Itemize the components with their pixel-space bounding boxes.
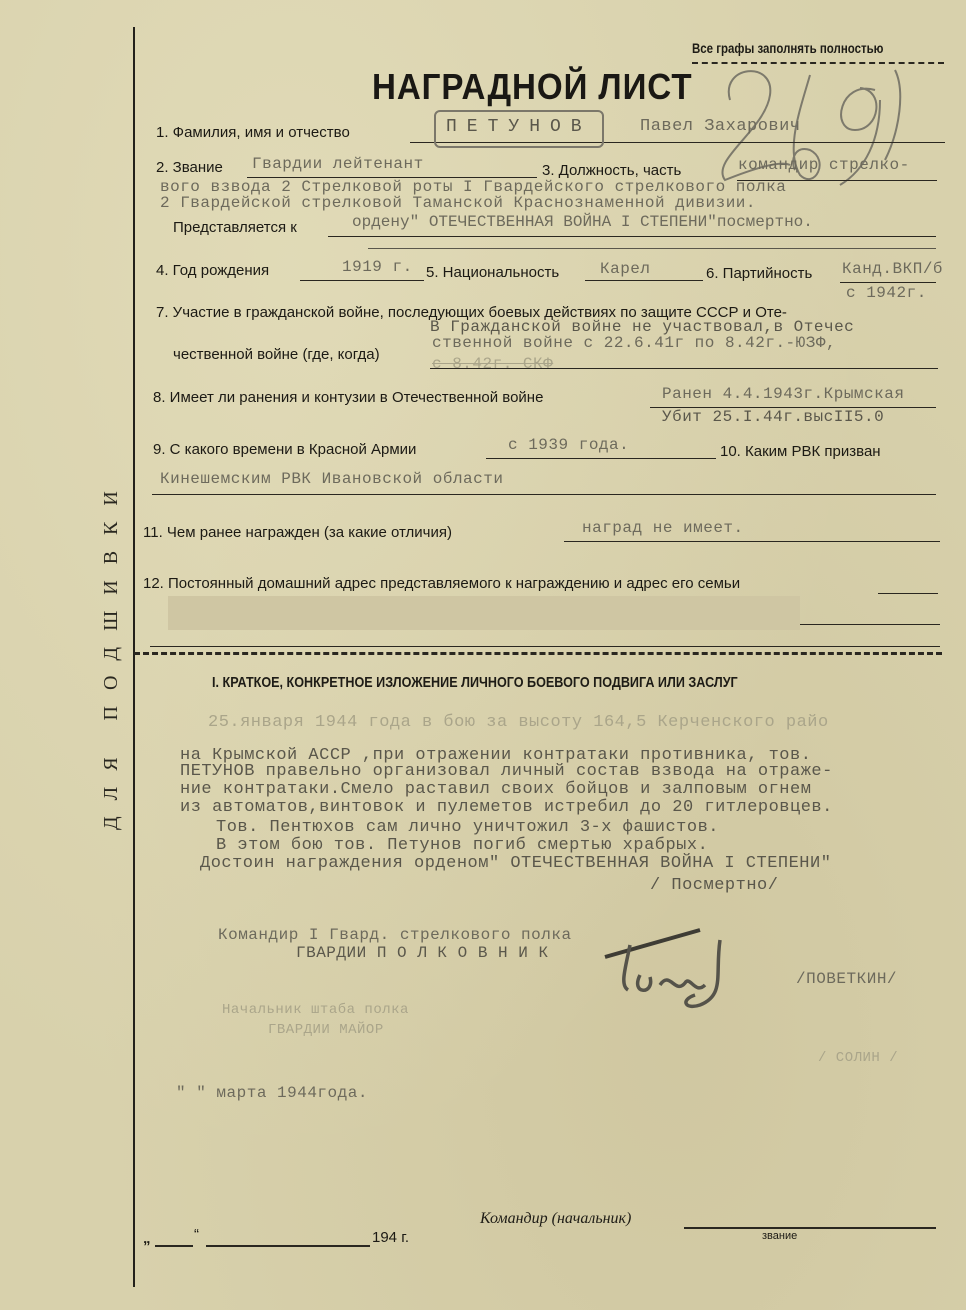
chief-of-staff-position: Начальник штаба полка bbox=[222, 1002, 409, 1018]
chief-of-staff-rank: ГВАРДИИ МАЙОР bbox=[268, 1022, 384, 1038]
field-7-label-line2: чественной войне (где, когда) bbox=[173, 346, 380, 363]
presented-label: Представляется к bbox=[173, 219, 297, 236]
field-10-underline bbox=[152, 494, 936, 495]
field-6-label: 6. Партийность bbox=[706, 265, 812, 282]
address-redaction bbox=[168, 596, 800, 630]
field-6-underline bbox=[840, 282, 936, 283]
field-1-label: 1. Фамилия, имя и отчество bbox=[156, 124, 350, 141]
signer-position: Командир I Гвард. стрелкового полка bbox=[218, 926, 572, 944]
footer-rank-underline bbox=[684, 1227, 936, 1229]
field-5-label: 5. Национальность bbox=[426, 264, 559, 281]
side-label-text: ДЛЯ ПОДШИВКИ bbox=[100, 475, 123, 830]
top-instruction: Все графы заполнять полностью bbox=[692, 40, 883, 56]
field-12-underline-1 bbox=[878, 593, 938, 594]
field-7-value-line2: ственной войне с 22.6.41г по 8.42г.-ЮЗФ, bbox=[432, 334, 836, 352]
field-2-value: Гвардии лейтенант bbox=[252, 155, 424, 173]
field-9-value: с 1939 года. bbox=[508, 436, 629, 454]
section-1-line: Тов. Пентюхов сам лично уничтожил 3-х фа… bbox=[216, 818, 719, 837]
section-1-heading: I. КРАТКОЕ, КОНКРЕТНОЕ ИЗЛОЖЕНИЕ ЛИЧНОГО… bbox=[212, 674, 738, 691]
section-1-line: ние контратаки.Смело раставил своих бойц… bbox=[180, 780, 811, 799]
field-8-value-line1: Ранен 4.4.1943г.Крымская bbox=[662, 385, 904, 403]
binding-side-label: ДЛЯ ПОДШИВКИ bbox=[92, 470, 132, 830]
section-divider bbox=[134, 652, 942, 655]
presented-underline-2 bbox=[368, 248, 936, 249]
section-1-line: В этом бою тов. Петунов погиб смертью хр… bbox=[216, 836, 708, 855]
section-1-line: из автоматов,винтовок и пулеметов истреб… bbox=[180, 798, 833, 817]
field-7-value-line3: с 8.42г. СКФ bbox=[432, 355, 553, 373]
field-7-underline bbox=[430, 368, 938, 369]
section-1-line: Достоин награждения орденом" ОТЕЧЕСТВЕНН… bbox=[200, 854, 831, 873]
presented-underline bbox=[328, 236, 936, 237]
footer-date-open-quote: „ bbox=[143, 1230, 151, 1247]
field-6-value-line1: Канд.ВКП/б bbox=[842, 260, 943, 278]
field-11-label: 11. Чем ранее награжден (за какие отличи… bbox=[143, 524, 452, 541]
field-1-value: Павел Захарович bbox=[640, 117, 801, 136]
field-4-underline bbox=[300, 280, 424, 281]
field-2-label: 2. Звание bbox=[156, 159, 223, 176]
signature-date: " " марта 1944года. bbox=[176, 1084, 368, 1102]
field-3-value-line1: командир стрелко- bbox=[738, 156, 910, 174]
binding-margin-line-lower bbox=[133, 657, 135, 1287]
field-4-value: 1919 г. bbox=[342, 258, 413, 276]
field-12-underline-3 bbox=[150, 646, 940, 647]
field-11-underline bbox=[564, 541, 940, 542]
field-11-value: наград не имеет. bbox=[582, 519, 744, 537]
field-4-label: 4. Год рождения bbox=[156, 262, 269, 279]
field-5-value: Карел bbox=[600, 260, 651, 278]
field-12-underline-2 bbox=[800, 624, 940, 625]
field-3-label: 3. Должность, часть bbox=[542, 162, 681, 179]
footer-commander-label: Командир (начальник) bbox=[480, 1210, 631, 1228]
footer-date-close-quote: “ bbox=[194, 1226, 199, 1243]
field-5-underline bbox=[585, 280, 703, 281]
signer-name: /ПОВЕТКИН/ bbox=[796, 970, 897, 988]
signature-handwritten bbox=[600, 925, 730, 1015]
document-title: НАГРАДНОЙ ЛИСТ bbox=[372, 66, 692, 108]
field-3-value-line3: 2 Гвардейской стрелковой Таманской Красн… bbox=[160, 194, 756, 212]
field-9-label: 9. С какого времени в Красной Армии bbox=[153, 441, 416, 458]
field-6-value-line2: с 1942г. bbox=[846, 284, 927, 302]
footer-year: 194 г. bbox=[372, 1229, 409, 1246]
footer-month-underline bbox=[206, 1245, 370, 1247]
section-1-line: ПЕТУНОВ правельно организовал личный сос… bbox=[180, 762, 833, 781]
field-8-label: 8. Имеет ли ранения и контузии в Отечест… bbox=[153, 389, 543, 406]
signer-rank: ГВАРДИИ П О Л К О В Н И К bbox=[296, 944, 549, 962]
surname-stamp: ПЕТУНОВ bbox=[434, 110, 604, 148]
chief-of-staff-name: / СОЛИН / bbox=[818, 1050, 898, 1066]
field-8-value-line2: Убит 25.I.44г.высII5.0 bbox=[662, 408, 884, 426]
field-10-value: Кинешемским РВК Ивановской области bbox=[160, 470, 503, 488]
footer-rank-caption: звание bbox=[762, 1230, 797, 1242]
field-12-label: 12. Постоянный домашний адрес представля… bbox=[143, 575, 740, 592]
field-10-label: 10. Каким РВК призван bbox=[720, 443, 881, 460]
section-1-line: 25.января 1944 года в бою за высоту 164,… bbox=[208, 713, 829, 732]
binding-margin-line bbox=[133, 27, 135, 657]
footer-day-underline bbox=[155, 1245, 193, 1247]
presented-value: ордену" ОТЕЧЕСТВЕННАЯ ВОЙНА I СТЕПЕНИ"по… bbox=[352, 213, 813, 231]
section-1-line: / Посмертно/ bbox=[650, 876, 778, 895]
field-9-underline bbox=[486, 458, 716, 459]
